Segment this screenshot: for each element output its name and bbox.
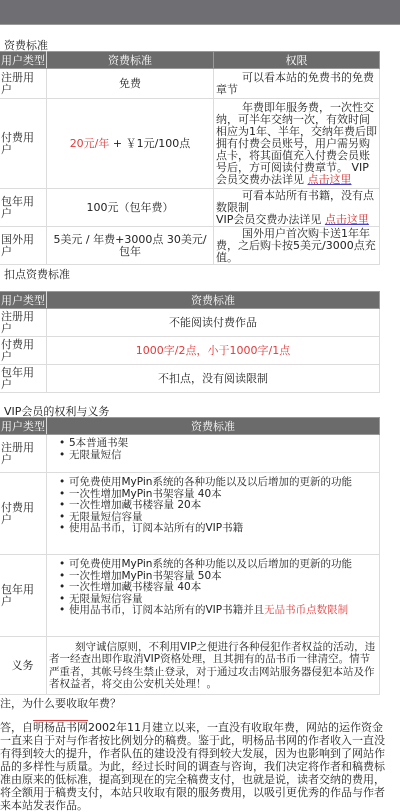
list-item: 一次性增加藏书楼容量 40本 [69,582,377,594]
rights-list-cell: 可免费使用MyPin系统的各种功能以及以后增加的更新的功能 一次性增加MyPin… [47,555,380,637]
list-item: 可免费使用MyPin系统的各种功能以及以后增加的更新的功能 [69,477,377,489]
table-row: 包年用户 100元（包年费） 可看本站所有书籍，没有点数限制VIP会员交费办法详… [0,189,380,227]
fee-value: 100元（包年费） [47,189,214,227]
note-answer: 答，自明杨品书网2002年11月建立以来，一直没有收取年费，网站的运作资金一直来… [0,721,392,812]
table-row: 注册用户 5本普通书架 无限量短信 [0,435,380,473]
user-type: 包年用户 [0,555,47,637]
fee-value: 不能阅读付费作品 [47,309,380,337]
user-type: 付费用户 [0,99,47,189]
rights-list: 可免费使用MyPin系统的各种功能以及以后增加的更新的功能 一次性增加MyPin… [49,559,377,617]
table-row: 付费用户 20元/年 + ￥1元/100点 年费即年服务费，一次性交纳，可半年交… [0,99,380,189]
user-type: 注册用户 [0,309,47,337]
rights-text: 年费即年服务费，一次性交纳，可半年交纳一次，有效时间相应为1年、半年，交纳年费后… [214,99,380,189]
col-header-fee: 资费标准 [47,418,380,435]
rights-list-cell: 5本普通书架 无限量短信 [47,435,380,473]
fee-value: 5美元 / 年费+3000点 30美元/包年 [47,227,214,265]
fee-value: 不扣点，没有阅读限制 [47,365,380,393]
user-type: 国外用户 [0,227,47,265]
list-item: 5本普通书架 [69,438,377,450]
rights-text: 可看本站所有书籍，没有点数限制VIP会员交费办法详见 点击这里 [214,189,380,227]
list-item: 一次性增加藏书楼容量 20本 [69,500,377,512]
obligation-text: 刻守诚信原则，不利用VIP之便进行各种侵犯作者权益的活动，违者一经查出即作取消V… [47,637,380,695]
vip-rights-table: 用户类型 资费标准 注册用户 5本普通书架 无限量短信 付费用户 可免费使用My… [0,417,380,695]
deduction-table: 用户类型 资费标准 注册用户 不能阅读付费作品 付费用户 1000字/2点，小于… [0,291,380,393]
user-type: 包年用户 [0,189,47,227]
fee-standard-table: 用户类型 资费标准 权限 注册用户 免费 可以看本站的免费书的免费章节 付费用户… [0,51,380,265]
col-header-fee: 资费标准 [47,292,380,309]
user-type: 注册用户 [0,435,47,473]
table-row: 国外用户 5美元 / 年费+3000点 30美元/包年 国外用户首次购卡送1年年… [0,227,380,265]
col-header-user-type: 用户类型 [0,418,47,435]
rights-list: 5本普通书架 无限量短信 [49,438,377,461]
click-here-link[interactable]: 点击这里 [308,173,352,186]
user-type: 义务 [0,637,47,695]
user-type: 付费用户 [0,337,47,365]
rights-text: 可以看本站的免费书的免费章节 [214,69,380,99]
list-item: 使用品书币，订阅本站所有的VIP书籍 [69,523,377,535]
click-here-link[interactable]: 点击这里 [325,213,369,226]
rights-text: 国外用户首次购卡送1年年费，之后购卡按5美元/3000点充值。 [214,227,380,265]
col-header-user-type: 用户类型 [0,52,47,69]
fee-value: 免费 [47,69,214,99]
table-row: 付费用户 可免费使用MyPin系统的各种功能以及以后增加的更新的功能 一次性增加… [0,473,380,555]
col-header-rights: 权限 [214,52,380,69]
note-question: 注，为什么要收取年费？ [0,697,392,710]
site-name: 明杨品书网 [33,721,88,734]
user-type: 注册用户 [0,69,47,99]
list-item: 使用品书币，订阅本站所有的VIP书籍并且无品书币点数限制 [69,605,377,617]
user-type: 包年用户 [0,365,47,393]
list-item: 无限量短信 [69,450,377,462]
section-title-deduction: 扣点资费标准 [4,266,70,282]
list-item: 可免费使用MyPin系统的各种功能以及以后增加的更新的功能 [69,559,377,571]
col-header-fee: 资费标准 [47,52,214,69]
table-row: 包年用户 可免费使用MyPin系统的各种功能以及以后增加的更新的功能 一次性增加… [0,555,380,637]
col-header-user-type: 用户类型 [0,292,47,309]
user-type: 付费用户 [0,473,47,555]
table-row: 注册用户 免费 可以看本站的免费书的免费章节 [0,69,380,99]
fee-value: 20元/年 + ￥1元/100点 [47,99,214,189]
table-row: 注册用户 不能阅读付费作品 [0,309,380,337]
rights-list-cell: 可免费使用MyPin系统的各种功能以及以后增加的更新的功能 一次性增加MyPin… [47,473,380,555]
table-row: 付费用户 1000字/2点，小于1000字/1点 [0,337,380,365]
top-bar [0,0,400,25]
table-row: 包年用户 不扣点，没有阅读限制 [0,365,380,393]
fee-value: 1000字/2点，小于1000字/1点 [47,337,380,365]
table-row: 义务 刻守诚信原则，不利用VIP之便进行各种侵犯作者权益的活动，违者一经查出即作… [0,637,380,695]
rights-list: 可免费使用MyPin系统的各种功能以及以后增加的更新的功能 一次性增加MyPin… [49,477,377,535]
